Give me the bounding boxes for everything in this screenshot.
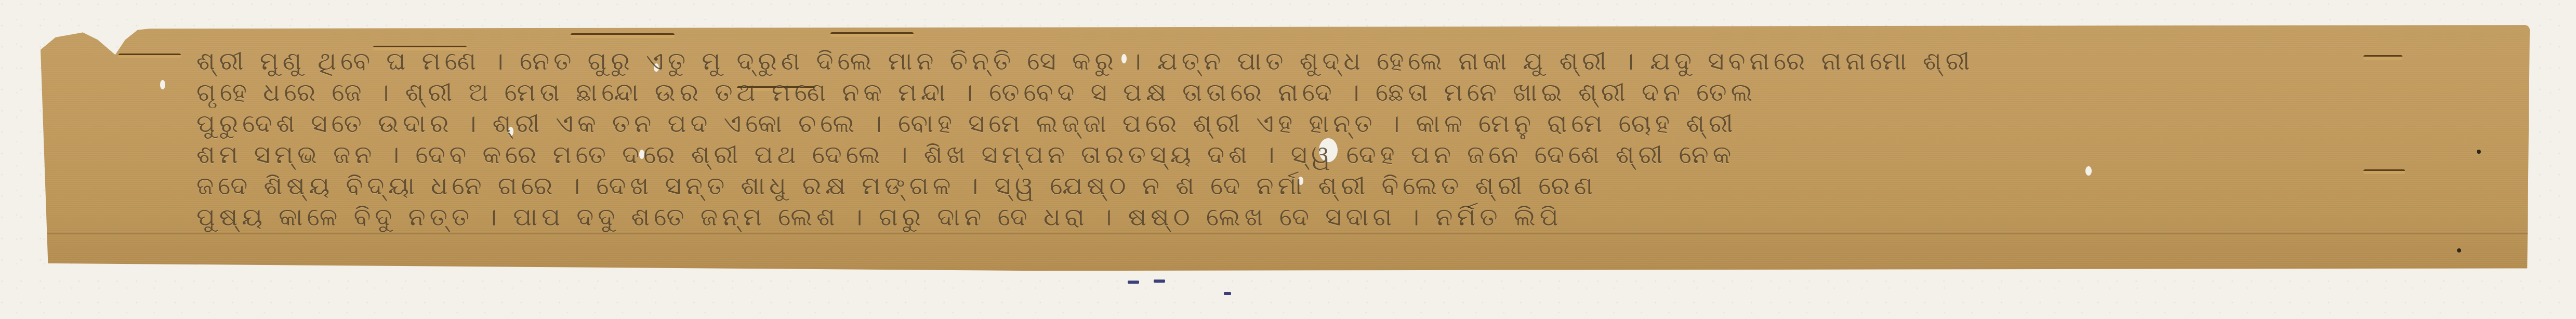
- palm-leaf-manuscript: ଶ୍ରୀ ମୁଣୁ ଥିବେ ଘ ମଣେ । ନେତ ଗୁରୁ ଏତୁ ମୁ ଦ…: [41, 25, 2530, 273]
- manuscript-line-2: ଗୃହେ ଧରେ ଜେ । ଶ୍ରୀ ଅ ମେତା ଛାନ୍ଦୋ ଉର ତଥ ମ…: [196, 78, 2473, 108]
- ink-spot: [2477, 150, 2481, 154]
- manuscript-line-4: ଶମ ସମ୍ଭ ଜନ । ଦେବ କରେ ମତେ ଦରେ ଶ୍ରୀ ପଥ ଦେଲ…: [196, 140, 2473, 170]
- manuscript-line-1: ଶ୍ରୀ ମୁଣୁ ଥିବେ ଘ ମଣେ । ନେତ ଗୁରୁ ଏତୁ ମୁ ଦ…: [196, 47, 2473, 76]
- insect-hole: [160, 80, 165, 89]
- ink-spot: [2457, 248, 2461, 252]
- scan-mark: [1128, 281, 1139, 284]
- scan-mark: [1224, 292, 1231, 295]
- damage-track: [118, 54, 181, 58]
- damage-track: [571, 33, 675, 38]
- manuscript-line-5: ଜଦେ ଶିଷ୍ୟ ବିଦ୍ୟା ଧନେ ଗରେ । ଦେଖ ସନ୍ତ ଶାଧୁ…: [196, 171, 2473, 201]
- manuscript-line-3: ପୁରୁଦେଶ ସତେ ଉଦାର । ଶ୍ରୀ ଏକ ତନ ପଦ ଏକୋ ଚଲେ…: [196, 109, 2473, 139]
- damage-track: [830, 32, 914, 37]
- leaf-fold-line: [41, 233, 2530, 234]
- scan-mark: [1154, 280, 1165, 283]
- manuscript-line-6: ପୁଷ୍ୟ କାଳେ ବିଦୁ ନତ୍ତ । ପାପ ଦଦୁ ଶତେ ଜନ୍ମ …: [196, 203, 2473, 232]
